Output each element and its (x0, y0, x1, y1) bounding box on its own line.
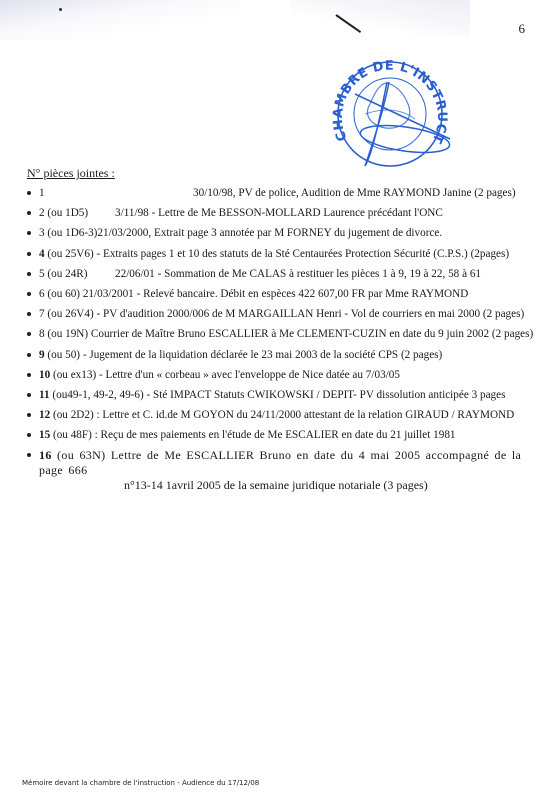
bullet-icon (27, 433, 31, 437)
list-item: 11 (ou49-1, 49-2, 49-6) - Sté IMPACT Sta… (27, 388, 532, 402)
bullet-icon (27, 312, 31, 316)
item-number: 16 (39, 448, 52, 462)
bullet-icon (27, 231, 31, 235)
item-number: 10 (39, 369, 50, 381)
bullet-icon (27, 252, 31, 256)
item-number: 12 (39, 409, 50, 421)
list-item: 8 (ou 19N) Courrier de Maître Bruno ESCA… (27, 327, 532, 341)
attachments-list: 130/10/98, PV de police, Audition de Mme… (27, 186, 532, 500)
item-text: : Reçu de mes paiements en l'étude de Me… (92, 429, 456, 441)
bullet-icon (27, 191, 31, 195)
list-item: 130/10/98, PV de police, Audition de Mme… (27, 186, 532, 200)
bullet-icon (27, 393, 31, 397)
list-item: 10 (ou ex13) - Lettre d'un « corbeau » a… (27, 368, 532, 382)
item-text: 21/03/2001 - Relevé bancaire. Débit en e… (80, 288, 468, 300)
item-text: : Lettre et C. id.de M GOYON du 24/11/20… (94, 409, 515, 421)
item-text: 21/03/2000, Extrait page 3 annotée par M… (97, 227, 442, 239)
item-text: 30/10/98, PV de police, Audition de Mme … (193, 187, 516, 199)
list-item: 4 (ou 25V6) - Extraits pages 1 et 10 des… (27, 247, 532, 261)
bullet-icon (27, 353, 31, 357)
list-item: 2 (ou 1D5)3/11/98 - Lettre de Me BESSON-… (27, 206, 532, 220)
item-number: 11 (39, 389, 50, 401)
item-text: 3/11/98 - Lettre de Me BESSON-MOLLARD La… (115, 207, 443, 219)
bullet-icon (27, 453, 31, 457)
bullet-icon (27, 211, 31, 215)
item-text: Courrier de Maître Bruno ESCALLIER à Me … (88, 328, 533, 340)
list-item: 9 (ou 50) - Jugement de la liquidation d… (27, 348, 532, 362)
list-item: 12 (ou 2D2) : Lettre et C. id.de M GOYON… (27, 408, 532, 422)
attachments-heading: N° pièces jointes : (27, 166, 115, 181)
item-text: - Lettre d'un « corbeau » avec l'envelop… (96, 369, 400, 381)
list-item: 15 (ou 48F) : Reçu de mes paiements en l… (27, 428, 532, 442)
bullet-icon (27, 413, 31, 417)
list-item: 6 (ou 60) 21/03/2001 - Relevé bancaire. … (27, 287, 532, 301)
item-text: Lettre de Me ESCALLIER Bruno en date du … (39, 448, 521, 477)
item-number: 15 (39, 429, 50, 441)
item-number: 1 (39, 187, 45, 199)
list-item: 16 (ou 63N) Lettre de Me ESCALLIER Bruno… (27, 448, 532, 493)
bullet-icon (27, 332, 31, 336)
scan-shadow (290, 0, 470, 36)
list-item: 5 (ou 24R)22/06/01 - Sommation de Me CAL… (27, 267, 532, 281)
bullet-icon (27, 373, 31, 377)
bullet-icon (27, 272, 31, 276)
scan-shadow (0, 0, 240, 40)
court-stamp-icon: CHAMBRE DE L'INSTRUCTION (325, 44, 455, 169)
item-text: - Jugement de la liquidation déclarée le… (80, 349, 442, 361)
item-text: - Extraits pages 1 et 10 des statuts de … (94, 248, 509, 260)
item-text: 22/06/01 - Sommation de Me CALAS à resti… (115, 268, 481, 280)
page-footer: Mémoire devant la chambre de l'instructi… (22, 779, 259, 787)
pen-mark (335, 14, 361, 33)
item-text: - PV d'audition 2000/006 de M MARGAILLAN… (94, 308, 525, 320)
list-item: 7 (ou 26V4) - PV d'audition 2000/006 de … (27, 307, 532, 321)
list-item: 3 (ou 1D6-3)21/03/2000, Extrait page 3 a… (27, 226, 532, 240)
item-text: - Sté IMPACT Statuts CWIKOWSKI / DEPIT- … (144, 389, 506, 401)
scan-speck (59, 8, 62, 11)
item-text-continuation: n°13-14 1avril 2005 de la semaine juridi… (39, 478, 532, 493)
page-number: 6 (519, 21, 526, 37)
bullet-icon (27, 292, 31, 296)
